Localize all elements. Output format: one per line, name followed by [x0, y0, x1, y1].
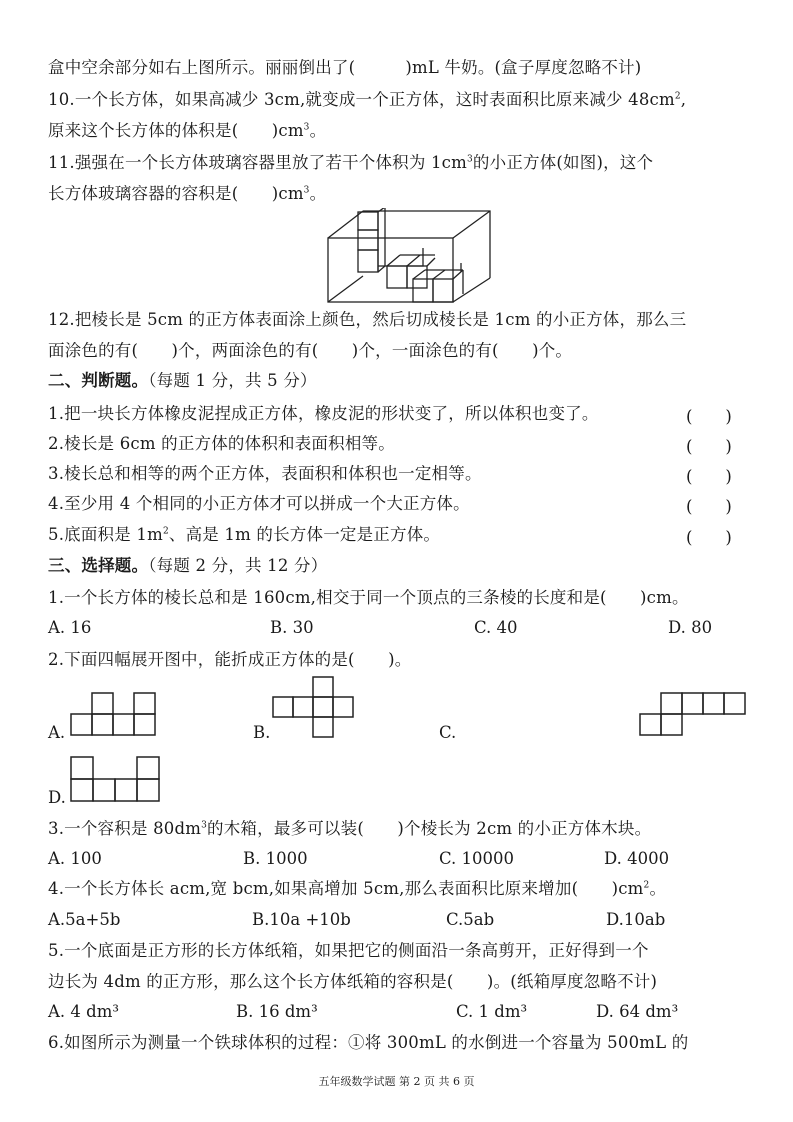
judge-item-1: 1.把一块长方体橡皮泥捏成正方体，橡皮泥的形状变了，所以体积也变了。	[48, 403, 599, 425]
glass-container-figure	[325, 208, 495, 304]
option-b[interactable]: B.10a +10b	[252, 909, 351, 931]
punct: ,	[681, 90, 686, 109]
q12-line1: 12.把棱长是 5cm 的正方体表面涂上颜色，然后切成棱长是 1cm 的小正方体…	[48, 309, 686, 331]
punct: 。	[310, 121, 327, 140]
choice-q5-line1: 5.一个底面是正方形的长方体纸箱，如果把它的侧面沿一条高剪开，正好得到一个	[48, 940, 649, 962]
section-score: （每题 2 分，共 12 分）	[148, 556, 327, 575]
option-c[interactable]: C. 40	[474, 617, 518, 639]
choice-q2: 2.下面四幅展开图中，能折成正方体的是( )。	[48, 649, 411, 671]
q-text: 的木箱，最多可以装( )个棱长为 2cm 的小正方体木块。	[207, 819, 651, 838]
q11-text: 长方体玻璃容器的容积是( )cm	[48, 184, 304, 203]
option-a[interactable]: A. 16	[48, 617, 91, 639]
q10-line2: 原来这个长方体的体积是( )cm3。	[48, 120, 326, 142]
section-2-heading: 二、判断题。（每题 1 分，共 5 分）	[48, 370, 317, 392]
choice-q6: 6.如图所示为测量一个铁球体积的过程：①将 300mL 的水倒进一个容量为 50…	[48, 1032, 688, 1054]
option-b[interactable]: B. 1000	[243, 848, 308, 870]
q11-text: 11.强强在一个长方体玻璃容器里放了若干个体积为 1cm	[48, 153, 467, 172]
option-d[interactable]: D.10ab	[606, 909, 665, 931]
punct: 。	[649, 879, 666, 898]
section-3-heading: 三、选择题。（每题 2 分，共 12 分）	[48, 555, 327, 577]
choice-q4: 4.一个长方体长 acm,宽 bcm,如果高增加 5cm,那么表面积比原来增加(…	[48, 878, 666, 900]
item-text: 、高是 1m 的长方体一定是正方体。	[169, 525, 440, 544]
judge-item-3: 3.棱长总和相等的两个正方体，表面积和体积也一定相等。	[48, 463, 482, 485]
q-text: 4.一个长方体长 acm,宽 bcm,如果高增加 5cm,那么表面积比原来增加(…	[48, 879, 644, 898]
option-c[interactable]: C.5ab	[446, 909, 494, 931]
page-footer: 五年级数学试题 第 2 页 共 6 页	[0, 1073, 793, 1089]
option-c-label[interactable]: C.	[439, 722, 456, 744]
q-text: 3.一个容积是 80dm	[48, 819, 201, 838]
option-a-label[interactable]: A.	[48, 722, 65, 744]
cube-net-c	[639, 692, 749, 738]
choice-q5-line2: 边长为 4dm 的正方形，那么这个长方体纸箱的容积是( )。(纸箱厚度忽略不计)	[48, 971, 657, 993]
section-score: （每题 1 分，共 5 分）	[148, 371, 317, 390]
option-b-label[interactable]: B.	[253, 722, 270, 744]
q12-line2: 面涂色的有( )个，两面涂色的有( )个，一面涂色的有( )个。	[48, 340, 572, 362]
option-d[interactable]: D. 4000	[604, 848, 669, 870]
option-a[interactable]: A.5a+5b	[48, 909, 120, 931]
judge-item-5: 5.底面积是 1m2、高是 1m 的长方体一定是正方体。	[48, 524, 440, 546]
q10-text: 原来这个长方体的体积是( )cm	[48, 121, 304, 140]
option-b[interactable]: B. 30	[270, 617, 314, 639]
option-a[interactable]: A. 4 dm³	[48, 1001, 119, 1023]
choice-q1: 1.一个长方体的棱长总和是 160cm,相交于同一个顶点的三条棱的长度和是( )…	[48, 587, 689, 609]
q11-line2: 长方体玻璃容器的容积是( )cm3。	[48, 183, 326, 205]
option-d-label[interactable]: D.	[48, 787, 66, 809]
option-d[interactable]: D. 64 dm³	[596, 1001, 678, 1023]
q10-line1: 10.一个长方体，如果高减少 3cm,就变成一个正方体，这时表面积比原来减少 4…	[48, 89, 686, 111]
q11-text-end: 的小正方体(如图)，这个	[473, 153, 653, 172]
item-text: 5.底面积是 1m	[48, 525, 163, 544]
answer-blank[interactable]: ( )	[686, 433, 732, 457]
q10-text: 10.一个长方体，如果高减少 3cm,就变成一个正方体，这时表面积比原来减少 4…	[48, 90, 675, 109]
judge-item-4: 4.至少用 4 个相同的小正方体才可以拼成一个大正方体。	[48, 493, 470, 515]
section-title: 二、判断题。	[48, 371, 148, 390]
option-d[interactable]: D. 80	[668, 617, 712, 639]
option-a[interactable]: A. 100	[48, 848, 102, 870]
judge-item-2: 2.棱长是 6cm 的正方体的体积和表面积相等。	[48, 433, 395, 455]
cube-net-a	[70, 690, 160, 738]
option-c[interactable]: C. 10000	[439, 848, 514, 870]
answer-blank[interactable]: ( )	[686, 493, 732, 517]
option-c[interactable]: C. 1 dm³	[456, 1001, 527, 1023]
q11-line1: 11.强强在一个长方体玻璃容器里放了若干个体积为 1cm3的小正方体(如图)，这…	[48, 152, 653, 174]
answer-blank[interactable]: ( )	[686, 463, 732, 487]
answer-blank[interactable]: ( )	[686, 403, 732, 427]
punct: 。	[310, 184, 327, 203]
answer-blank[interactable]: ( )	[686, 524, 732, 548]
q9-continuation: 盒中空余部分如右上图所示。丽丽倒出了( )mL 牛奶。(盒子厚度忽略不计)	[48, 57, 641, 79]
cube-net-b	[272, 676, 358, 742]
section-title: 三、选择题。	[48, 556, 148, 575]
choice-q3: 3.一个容积是 80dm3的木箱，最多可以装( )个棱长为 2cm 的小正方体木…	[48, 818, 651, 840]
cube-net-d	[70, 755, 162, 805]
option-b[interactable]: B. 16 dm³	[236, 1001, 318, 1023]
